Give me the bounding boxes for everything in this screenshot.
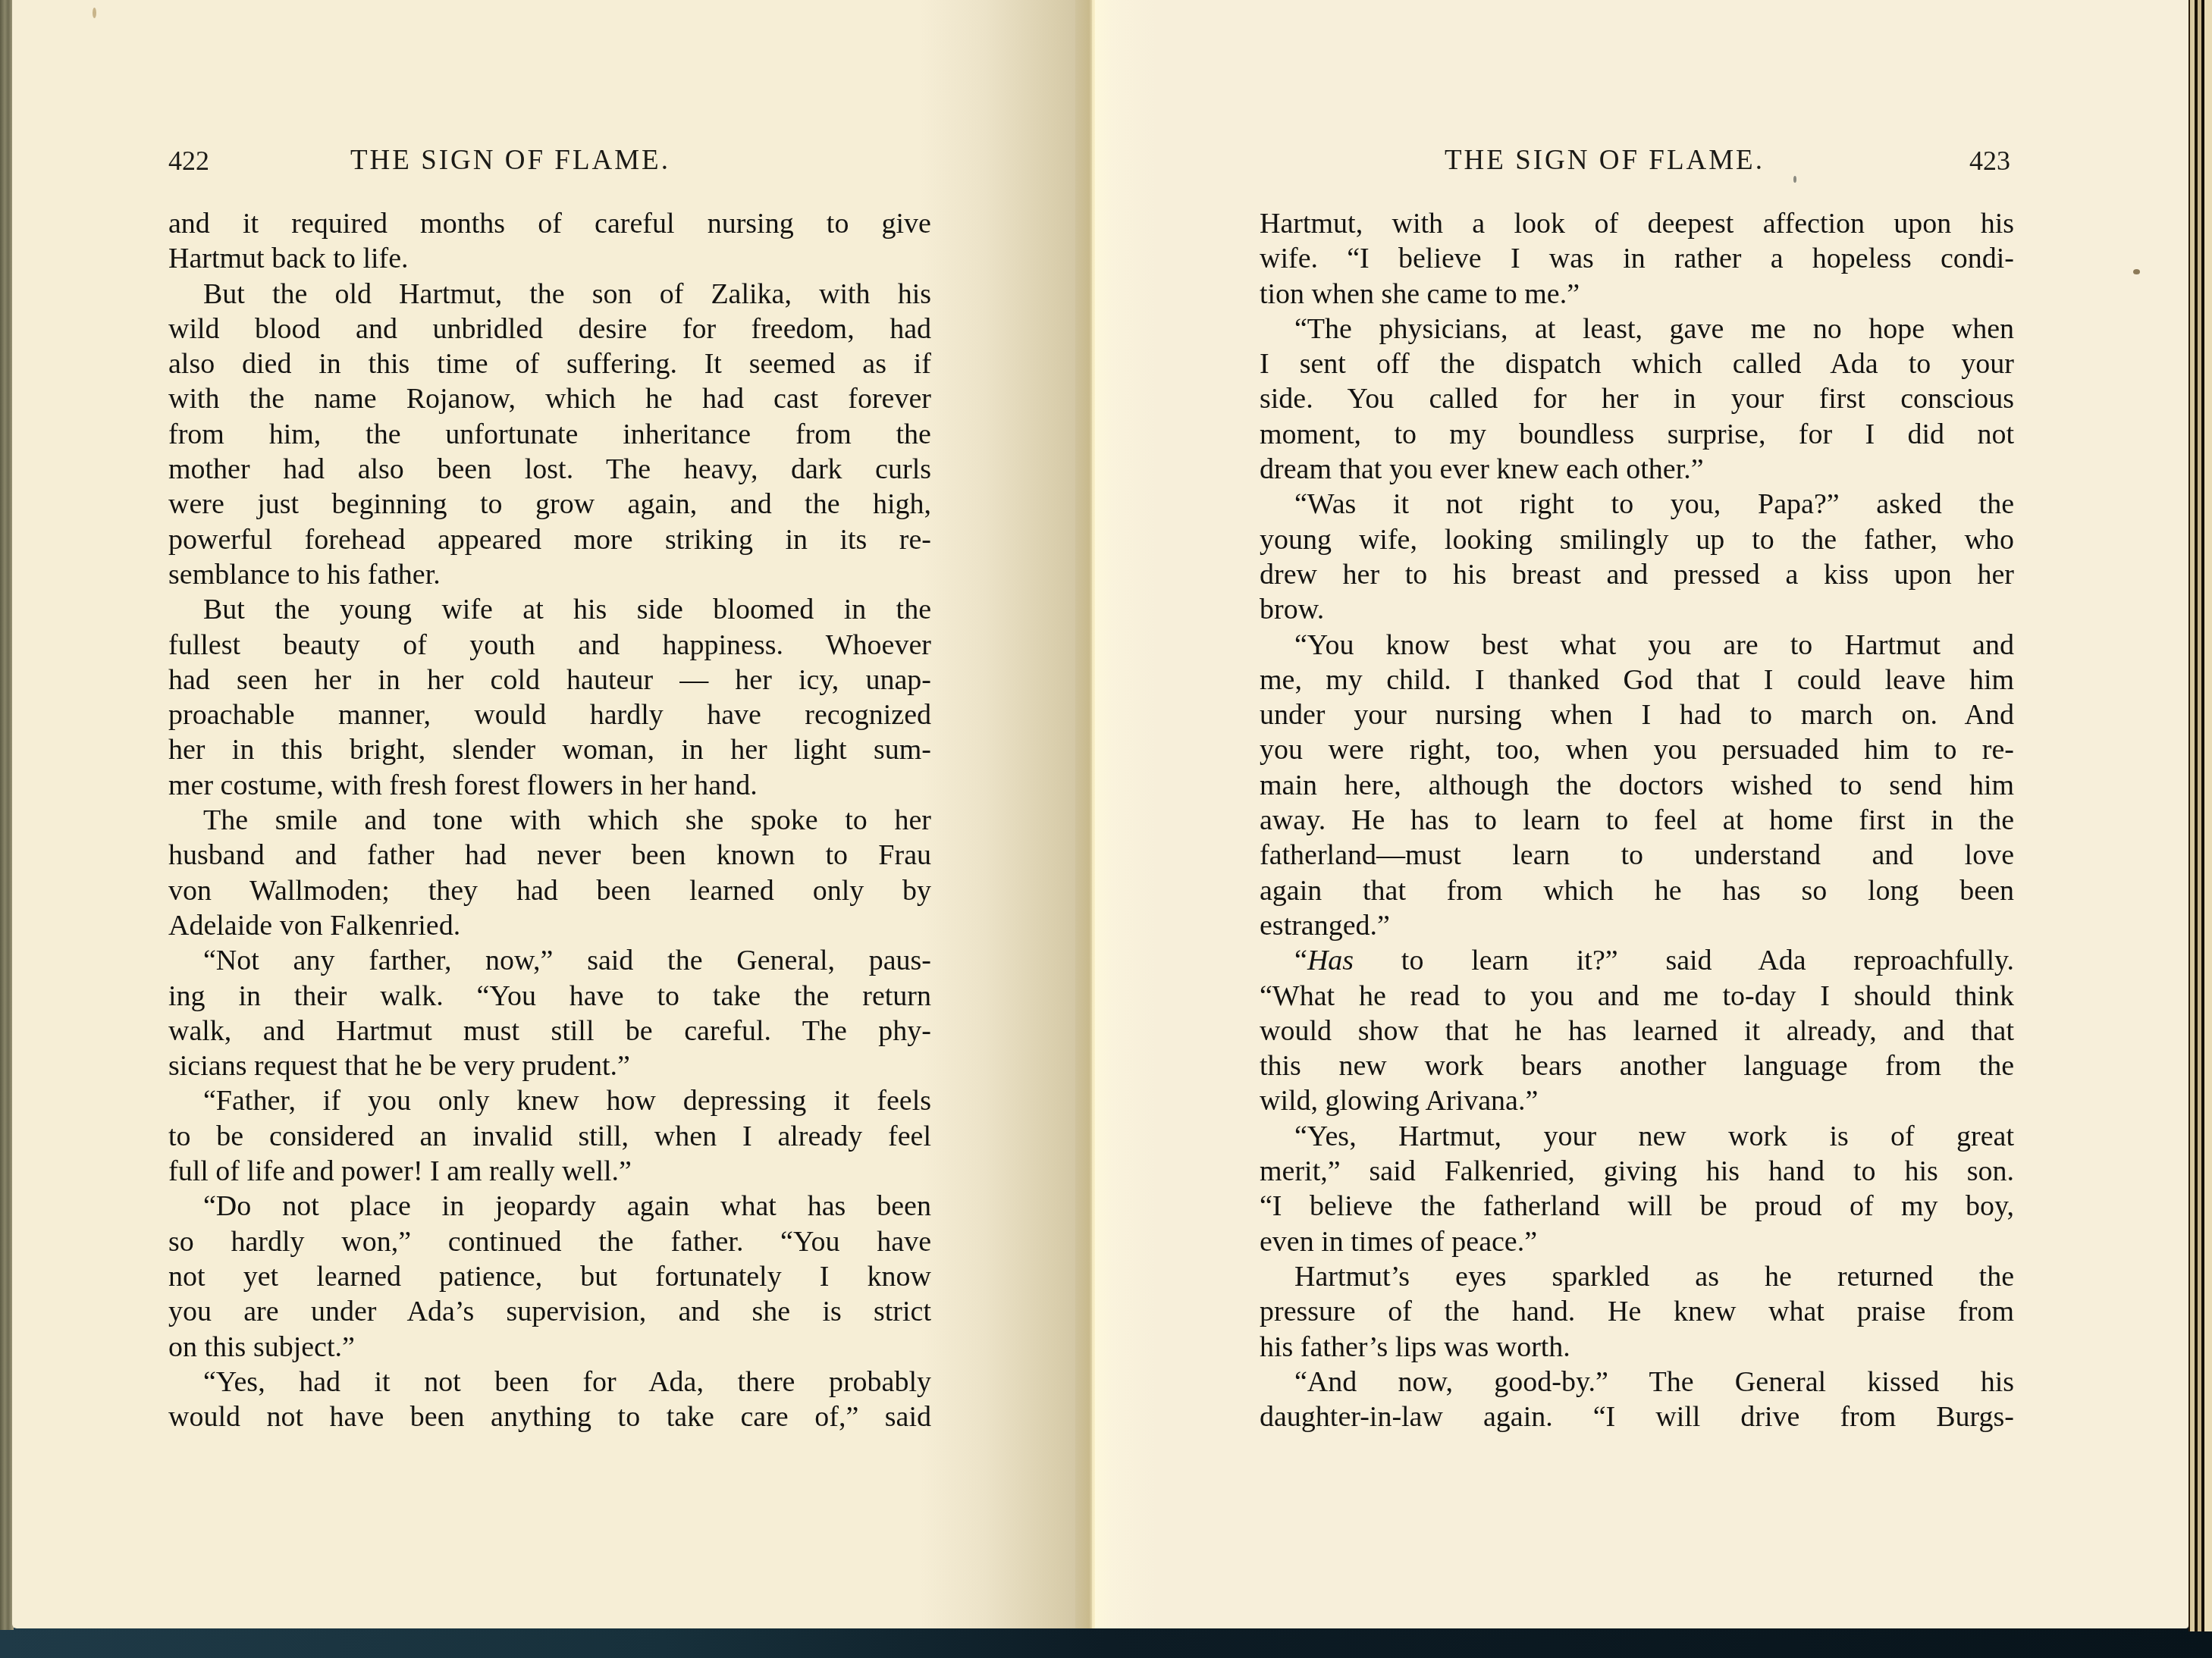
text-line: fatherland—must learn to understand and … bbox=[1260, 838, 2014, 873]
text-line: wife. “I believe I was in rather a hopel… bbox=[1260, 241, 2014, 276]
text-line: so hardly won,” continued the father. “Y… bbox=[168, 1224, 931, 1259]
text-line: would show that he has learned it alread… bbox=[1260, 1014, 2014, 1048]
text-line: me, my child. I thanked God that I could… bbox=[1260, 663, 2014, 697]
text-line: But the old Hartmut, the son of Zalika, … bbox=[168, 277, 931, 312]
text-line: young wife, looking smilingly up to the … bbox=[1260, 522, 2014, 557]
text-line: also died in this time of suffering. It … bbox=[168, 346, 931, 381]
text-line: “Was it not right to you, Papa?” asked t… bbox=[1260, 487, 2014, 522]
text-line: wild blood and unbridled desire for free… bbox=[168, 312, 931, 346]
paper-speck bbox=[2133, 269, 2140, 274]
text-line: mother had also been lost. The heavy, da… bbox=[168, 452, 931, 487]
book-edge-right bbox=[2188, 0, 2212, 1631]
text-line: full of life and power! I am really well… bbox=[168, 1154, 931, 1189]
text-line: would not have been anything to take car… bbox=[168, 1399, 931, 1434]
text-line: this new work bears another language fro… bbox=[1260, 1048, 2014, 1083]
text-line: to be considered an invalid still, when … bbox=[168, 1119, 931, 1154]
running-header-right: THE SIGN OF FLAME. bbox=[1445, 144, 1765, 177]
text-line: “What he read to you and me to-day I sho… bbox=[1260, 979, 2014, 1014]
running-header-left: THE SIGN OF FLAME. bbox=[350, 144, 670, 177]
text-line: semblance to his father. bbox=[168, 557, 931, 592]
text-line: dream that you ever knew each other.” bbox=[1260, 452, 2014, 487]
text-line: her in this bright, slender woman, in he… bbox=[168, 732, 931, 767]
text-line: with the name Rojanow, which he had cast… bbox=[168, 381, 931, 416]
text-line: wild, glowing Arivana.” bbox=[1260, 1083, 2014, 1118]
text-line: under your nursing when I had to march o… bbox=[1260, 697, 2014, 732]
text-line: I sent off the dispatch which called Ada… bbox=[1260, 346, 2014, 381]
text-line: sicians request that he be very prudent.… bbox=[168, 1048, 931, 1083]
text-line: fullest beauty of youth and happiness. W… bbox=[168, 628, 931, 663]
text-line: “The physicians, at least, gave me no ho… bbox=[1260, 312, 2014, 346]
text-line: his father’s lips was worth. bbox=[1260, 1330, 2014, 1365]
text-line: “I believe the fatherland will be proud … bbox=[1260, 1189, 2014, 1224]
text-line: even in times of peace.” bbox=[1260, 1224, 2014, 1259]
text-line: The smile and tone with which she spoke … bbox=[168, 803, 931, 838]
text-line: estranged.” bbox=[1260, 908, 2014, 943]
text-line: mer costume, with fresh forest flowers i… bbox=[168, 768, 931, 803]
text-line: “Father, if you only knew how depressing… bbox=[168, 1083, 931, 1118]
text-line: you are under Ada’s supervision, and she… bbox=[168, 1294, 931, 1329]
paper-speck bbox=[1793, 176, 1796, 183]
page-number-right: 423 bbox=[1969, 144, 2010, 177]
text-line: on this subject.” bbox=[168, 1330, 931, 1365]
text-line: Hartmut’s eyes sparkled as he returned t… bbox=[1260, 1259, 2014, 1294]
text-line: and it required months of careful nursin… bbox=[168, 206, 931, 241]
text-line: main here, although the doctors wished t… bbox=[1260, 768, 2014, 803]
text-line: tion when she came to me.” bbox=[1260, 277, 2014, 312]
right-page-body-text: Hartmut, with a look of deepest affectio… bbox=[1260, 206, 2014, 1434]
text-line: moment, to my boundless surprise, for I … bbox=[1260, 417, 2014, 452]
text-line: merit,” said Falkenried, giving his hand… bbox=[1260, 1154, 2014, 1189]
text-line: not yet learned patience, but fortunatel… bbox=[168, 1259, 931, 1294]
text-line: pressure of the hand. He knew what prais… bbox=[1260, 1294, 2014, 1329]
text-line: brow. bbox=[1260, 592, 2014, 627]
text-line: powerful forehead appeared more striking… bbox=[168, 522, 931, 557]
text-line: Adelaide von Falkenried. bbox=[168, 908, 931, 943]
text-line: walk, and Hartmut must still be careful.… bbox=[168, 1014, 931, 1048]
text-line: side. You called for her in your first c… bbox=[1260, 381, 2014, 416]
text-line: had seen her in her cold hauteur — her i… bbox=[168, 663, 931, 697]
text-line: But the young wife at his side bloomed i… bbox=[168, 592, 931, 627]
text-line: “Do not place in jeopardy again what has… bbox=[168, 1189, 931, 1224]
text-line: daughter-in-law again. “I will drive fro… bbox=[1260, 1399, 2014, 1434]
text-line: were just beginning to grow again, and t… bbox=[168, 487, 931, 522]
text-line: you were right, too, when you persuaded … bbox=[1260, 732, 2014, 767]
text-line: “Yes, had it not been for Ada, there pro… bbox=[168, 1365, 931, 1399]
paper-speck bbox=[93, 8, 96, 18]
text-line: husband and father had never been known … bbox=[168, 838, 931, 873]
italic-emphasis: Has bbox=[1307, 945, 1354, 976]
page-number-left: 422 bbox=[168, 144, 209, 177]
text-line: “Has to learn it?” said Ada reproachfull… bbox=[1260, 943, 2014, 978]
text-line: from him, the unfortunate inheritance fr… bbox=[168, 417, 931, 452]
text-line: “And now, good-by.” The General kissed h… bbox=[1260, 1365, 2014, 1399]
text-line: Hartmut, with a look of deepest affectio… bbox=[1260, 206, 2014, 241]
text-line: again that from which he has so long bee… bbox=[1260, 873, 2014, 908]
left-page-body-text: and it required months of careful nursin… bbox=[168, 206, 931, 1434]
text-line: “You know best what you are to Hartmut a… bbox=[1260, 628, 2014, 663]
text-line: proachable manner, would hardly have rec… bbox=[168, 697, 931, 732]
text-line: away. He has to learn to feel at home fi… bbox=[1260, 803, 2014, 838]
text-line: Hartmut back to life. bbox=[168, 241, 931, 276]
book-gutter bbox=[1075, 0, 1095, 1628]
text-line: “Not any farther, now,” said the General… bbox=[168, 943, 931, 978]
text-line: ing in their walk. “You have to take the… bbox=[168, 979, 931, 1014]
text-line: von Wallmoden; they had been learned onl… bbox=[168, 873, 931, 908]
text-line: “Yes, Hartmut, your new work is of great bbox=[1260, 1119, 2014, 1154]
text-line: drew her to his breast and pressed a kis… bbox=[1260, 557, 2014, 592]
